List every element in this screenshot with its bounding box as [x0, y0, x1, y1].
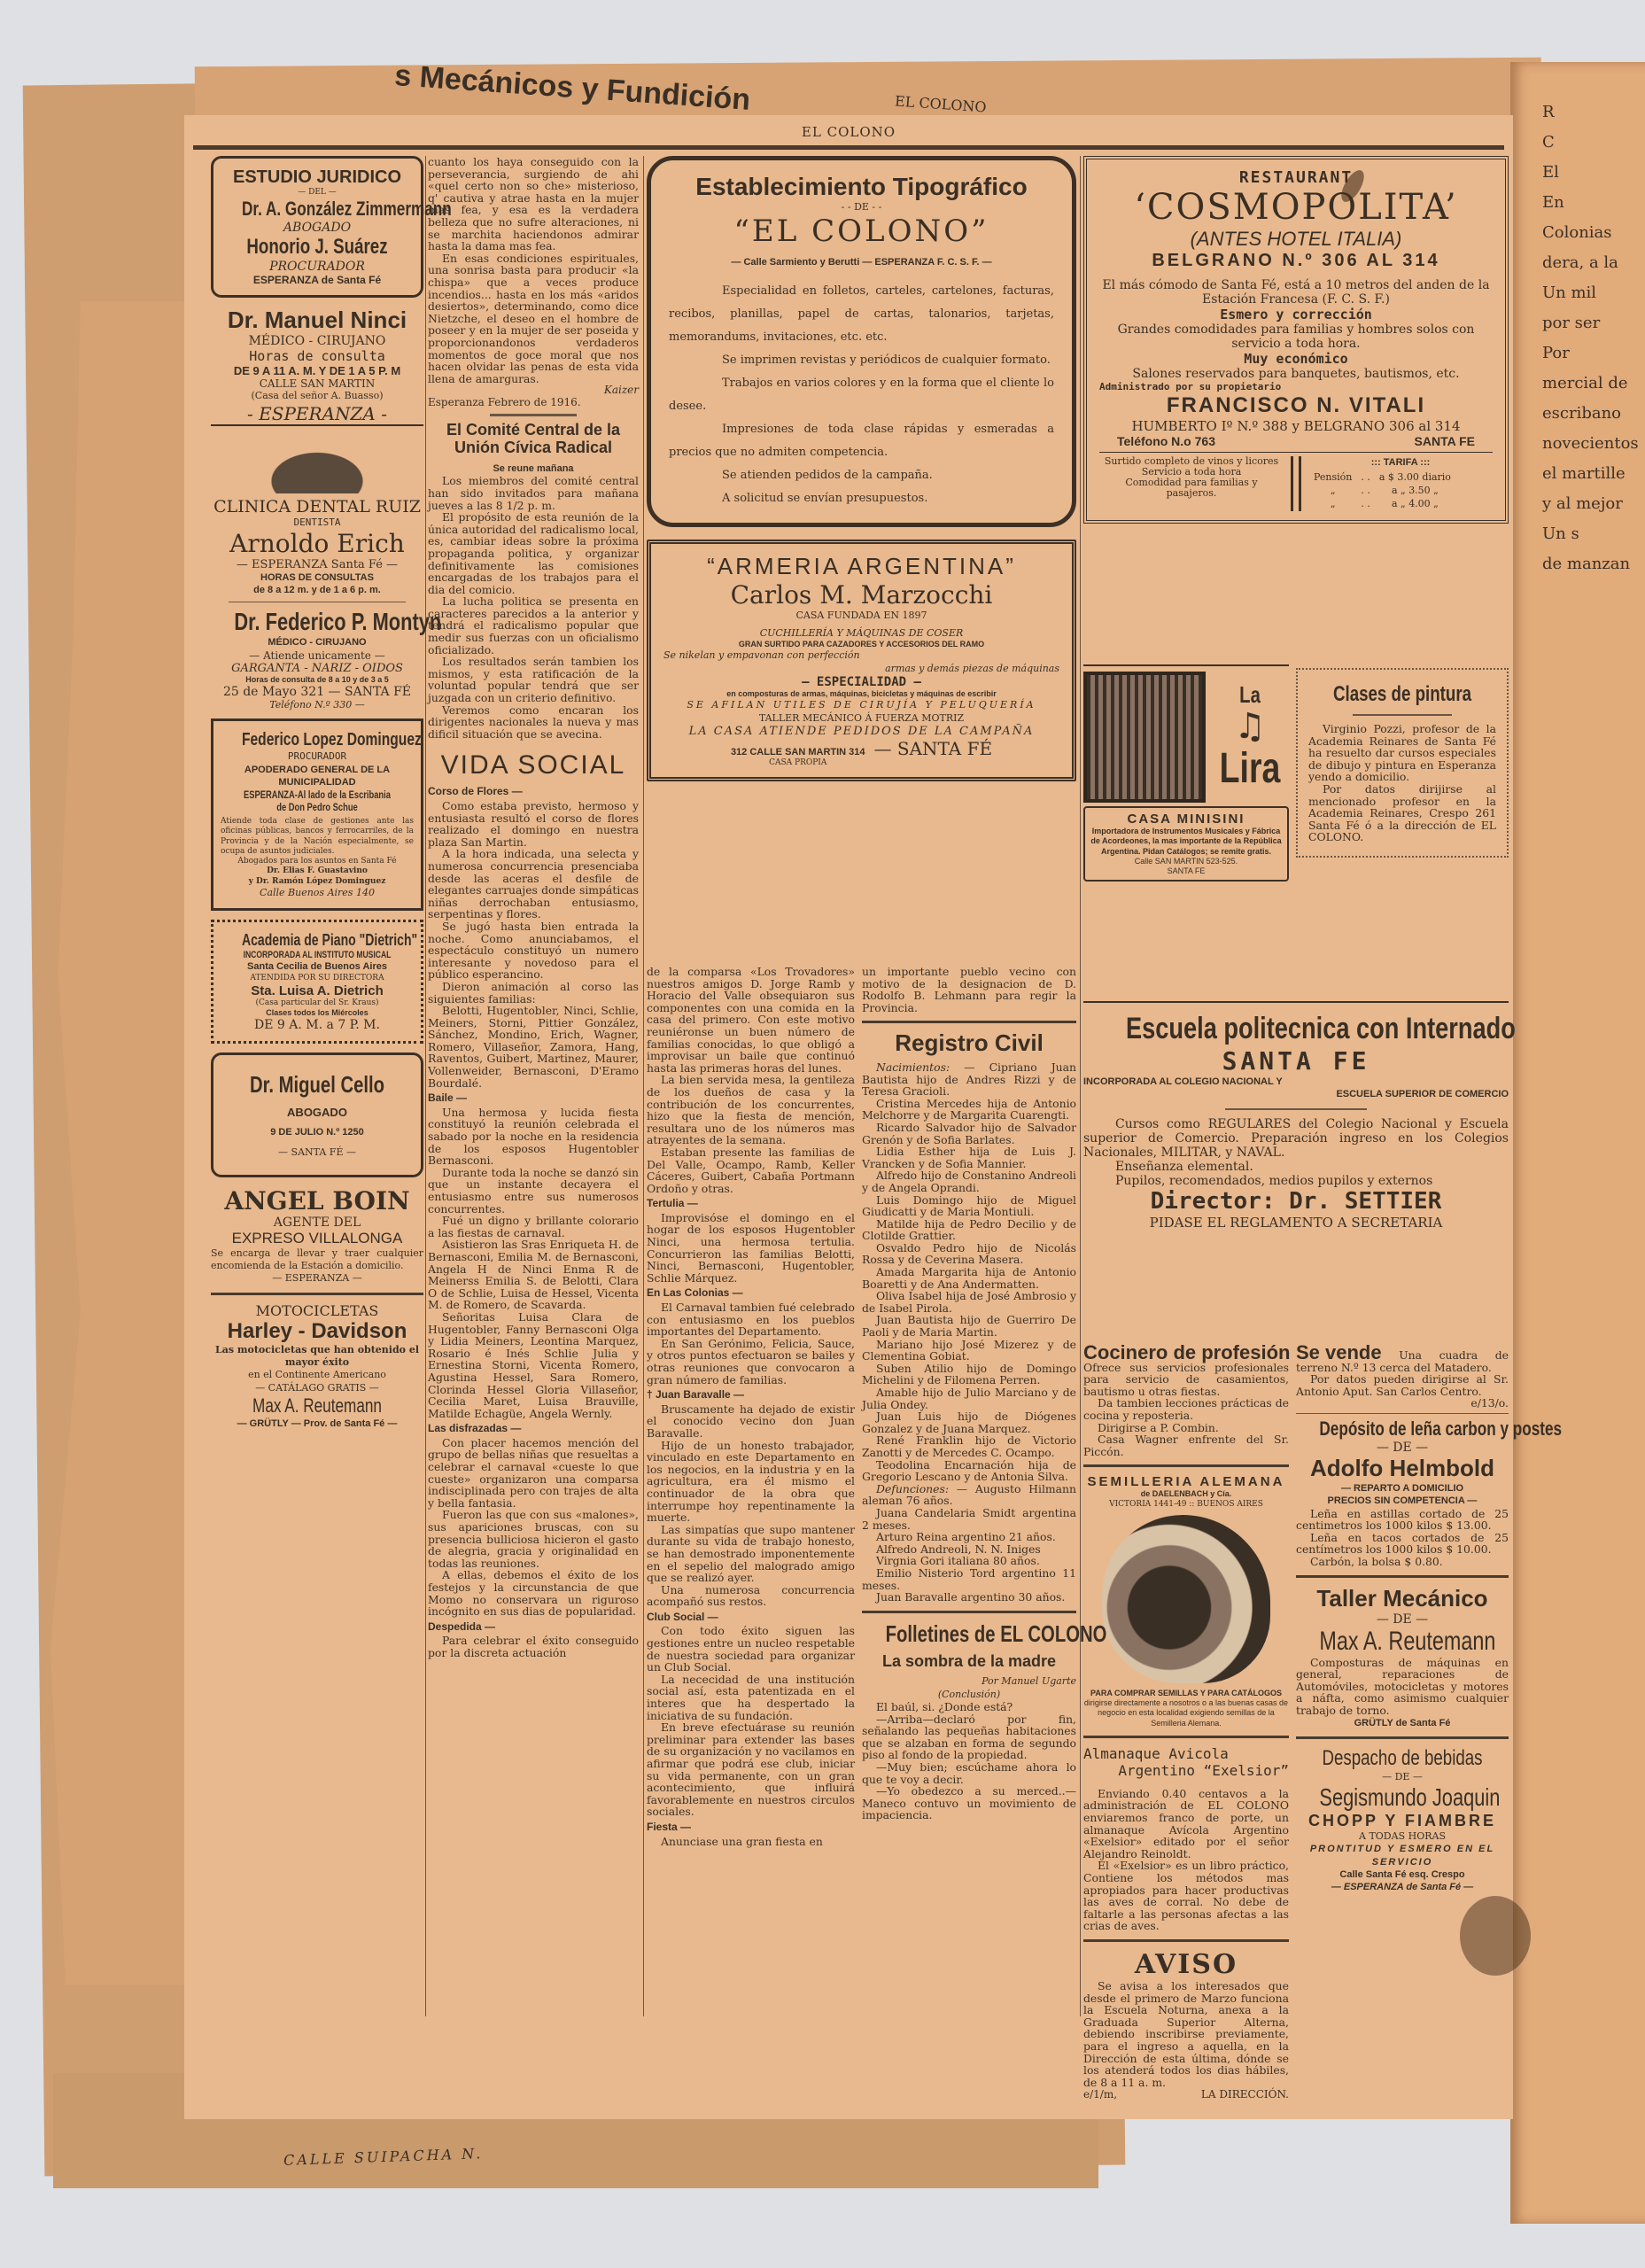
- ad-text: (ANTES HOTEL ITALIA): [1099, 228, 1493, 251]
- ad-town: — ESPERANZA —: [211, 1272, 423, 1285]
- ad-name: Dr. Elias F. Guastavino: [221, 866, 414, 876]
- ad-body: Enseñanza elemental.: [1083, 1160, 1509, 1174]
- article-paragraph: El baúl, si. ¿Donde está?: [862, 1701, 1076, 1713]
- ad-body: Virginio Pozzi, profesor de la Academia …: [1308, 723, 1496, 783]
- ad-text: A TODAS HORAS: [1296, 1830, 1509, 1843]
- article-paragraph: Las simpatías que supo mantener durante …: [647, 1524, 855, 1584]
- ad-title: Almanaque Avicola: [1083, 1745, 1289, 1762]
- article-paragraph: Especialidad en folletos, carteles, cart…: [669, 280, 1054, 349]
- ad-establecimiento-tipografico: Establecimiento Tipográfico - - DE - - “…: [647, 156, 1076, 527]
- ad-name: Lira: [1220, 744, 1281, 793]
- fragment-text: Un s: [1542, 519, 1645, 549]
- fragment-text: Colonias: [1542, 218, 1645, 248]
- column-5a: Cocinero de profesión Ofrece sus servici…: [1083, 1347, 1289, 2101]
- lyre-icon: ♫: [1211, 709, 1289, 744]
- article-paragraph: cuanto los haya conseguido con la persev…: [428, 156, 639, 252]
- ad-text: PRONTITUD Y ESMERO EN EL SERVICIO: [1296, 1843, 1509, 1868]
- article-paragraph: Los resultados serán tambien los mismos,…: [428, 656, 639, 703]
- ad-name: SEMILLERIA ALEMANA: [1083, 1474, 1289, 1489]
- article-paragraph: Fueron las que con sus «malones», sus ap…: [428, 1509, 639, 1569]
- ad-title: CLINICA DENTAL RUIZ: [211, 497, 423, 517]
- ad-text: — DE —: [1296, 1441, 1509, 1455]
- article-paragraph: Teodolina Encarnación hija de Gregorio L…: [862, 1459, 1076, 1483]
- ad-address: 9 DE JULIO N.º 1250: [221, 1126, 414, 1138]
- column-divider: [643, 156, 644, 2016]
- fragment-text: Por: [1542, 338, 1645, 369]
- section-head: Club Social —: [647, 1612, 855, 1624]
- ad-body: Composturas de máquinas en general, repa…: [1296, 1657, 1509, 1717]
- ad-body: Enviando 0.40 centavos a la administraci…: [1083, 1788, 1289, 1860]
- ad-extras: Surtido completo de vinos y licores Serv…: [1099, 456, 1284, 510]
- article-paragraph: Juan Luis hijo de Diógenes Gonzalez y de…: [862, 1410, 1076, 1434]
- article-paragraph: Amable hijo de Julio Marciano y de Julia…: [862, 1386, 1076, 1410]
- article-ucr: El Comité Central de la Unión Cívica Rad…: [428, 422, 639, 740]
- ad-name: Sta. Luisa A. Dietrich: [221, 983, 414, 998]
- ad-shop: CASA MINISINI: [1090, 812, 1282, 827]
- ad-name: Honorio J. Suárez: [242, 235, 392, 260]
- ad-cocinero: Cocinero de profesión Ofrece sus servici…: [1083, 1347, 1289, 1457]
- ad-text: Abogados para los asuntos en Santa Fé: [221, 857, 414, 866]
- ad-body: Atiende toda clase de gestiones ante las…: [221, 817, 414, 857]
- article-paragraph: —Arriba—declaró por fin, señalando las p…: [862, 1713, 1076, 1761]
- ad-role: MÉDICO - CIRUJANO: [211, 334, 423, 348]
- fragment-text: C: [1542, 128, 1645, 158]
- column-2: cuanto los haya conseguido con la persev…: [428, 156, 639, 1659]
- ad-text: armas y demás piezas de máquinas: [663, 663, 1059, 675]
- ad-text: — DEL —: [221, 188, 414, 198]
- ad-text: GARGANTA - NARIZ - OIDOS: [211, 662, 423, 675]
- ad-body: Casa Wagner enfrente del Sr. Piccón.: [1083, 1433, 1289, 1457]
- article-paragraph: Impresiones de toda clase rápidas y esme…: [669, 418, 1054, 464]
- ad-text: — ESPECIALIDAD —: [663, 675, 1059, 689]
- article-paragraph: En esas condiciones espirituales, una so…: [428, 252, 639, 385]
- article-paragraph: El Carnaval tambien fué celebrado con en…: [647, 1301, 855, 1338]
- ad-town: — ESPERANZA de Santa Fé —: [1296, 1881, 1509, 1893]
- ad-name: Carlos M. Marzocchi: [663, 580, 1059, 610]
- article-paragraph: Se imprimen revistas y periódicos de cua…: [669, 349, 1054, 372]
- ad-text: ATENDIDA POR SU DIRECTORA: [221, 974, 414, 983]
- column-1: ESTUDIO JURIDICO — DEL — Dr. A. González…: [211, 156, 423, 1430]
- ad-body: Grandes comodidades para familias y homb…: [1099, 322, 1493, 351]
- ad-address: Calle Buenos Aires 140: [221, 887, 414, 899]
- masthead: EL COLONO: [184, 124, 1513, 140]
- serial-title: La sombra de la madre: [862, 1653, 1076, 1671]
- ad-body: Da tambien lecciones prácticas de cocina…: [1083, 1397, 1289, 1421]
- ad-title: Depósito de leña carbon y postes: [1319, 1417, 1485, 1441]
- article-paragraph: Para celebrar el éxito conseguido por la…: [428, 1635, 639, 1658]
- ad-text: Horas de consulta: [211, 348, 423, 364]
- ad-body: Salones reservados para banquetes, bauti…: [1099, 367, 1493, 381]
- ad-address: BELGRANO N.º 306 AL 314: [1099, 251, 1493, 271]
- ad-cta: PARA COMPRAR SEMILLAS Y PARA CATÁLOGOS: [1083, 1689, 1289, 1698]
- ad-text: - - DE - -: [669, 201, 1054, 214]
- ad-name: ‘COSMOPOLITA’: [1099, 187, 1493, 228]
- ad-address: — Calle Sarmiento y Berutti — ESPERANZA …: [669, 256, 1054, 268]
- column-divider: [1080, 156, 1081, 2016]
- article-paragraph: Juana Candelaria Smidt argentina 2 meses…: [862, 1507, 1076, 1531]
- ad-place: GRÜTLY de Santa Fé: [1296, 1717, 1509, 1729]
- ad-text: Las motocicletas que han obtenido el may…: [211, 1344, 423, 1370]
- article-paragraph: Señoritas Luisa Clara de Hugentobler, Fa…: [428, 1311, 639, 1419]
- article-continuation: un importante pueblo vecino con motivo d…: [862, 966, 1076, 1014]
- ad-text: — CATÁLAGO GRATIS —: [211, 1382, 423, 1394]
- article-paragraph: Emilio Nisterio Tord argentino 11 meses.: [862, 1567, 1076, 1591]
- column-4: un importante pueblo vecino con motivo d…: [862, 966, 1076, 1821]
- notice-title: AVISO: [1083, 1949, 1289, 1980]
- ad-text: CHOPP Y FIAMBRE: [1296, 1812, 1509, 1830]
- article-paragraph: Se atienden pedidos de la campaña.: [669, 464, 1054, 487]
- ad-title: Establecimiento Tipográfico: [669, 173, 1054, 201]
- section-head: Tertulia —: [647, 1198, 855, 1210]
- fragment-text: y al mejor: [1542, 489, 1645, 519]
- ad-body: Cursos como REGULARES del Colegio Nacion…: [1083, 1117, 1509, 1160]
- article-paragraph: Lidia Esther hija de Luis J. Vrancken y …: [862, 1146, 1076, 1169]
- article-paragraph: La lucha politica se presenta en caracte…: [428, 595, 639, 656]
- article-paragraph: Con todo éxito siguen las gestiones entr…: [647, 1625, 855, 1673]
- ad-title: Argentino “Exelsior”: [1083, 1762, 1289, 1779]
- article-paragraph: un importante pueblo vecino con motivo d…: [862, 966, 1076, 1014]
- ad-address: Calle Santa Fé esq. Crespo: [1296, 1868, 1509, 1881]
- fragment-text: por ser: [1542, 308, 1645, 338]
- tarifa-table: Pensión. .a $ 3.00 diario„. .a „ 3.50 „„…: [1308, 470, 1456, 511]
- article-paragraph: El propósito de esta reunión de la única…: [428, 511, 639, 595]
- ad-despacho-bebidas: Despacho de bebidas — DE — Segismundo Jo…: [1296, 1746, 1509, 1894]
- article-paragraph: Arturo Reina argentino 21 años.: [862, 1531, 1076, 1543]
- article-paragraph: Fué un digno y brillante colorario a las…: [428, 1215, 639, 1239]
- notice-ref: e/1/m,: [1083, 2088, 1117, 2101]
- ad-town: - ESPERANZA -: [211, 403, 423, 426]
- ad-name: Max A. Reutemann: [234, 1394, 400, 1417]
- ad-director: Director: Dr. SETTIER: [1083, 1188, 1509, 1215]
- article-title: El Comité Central de la Unión Cívica Rad…: [428, 422, 639, 457]
- registro-civil-list: Nacimientos: — Cipriano Juan Bautista hi…: [862, 1061, 1076, 1604]
- ad-city: SANTA FE: [1415, 434, 1475, 448]
- adjacent-page: RCElEnColoniasdera, a laUn milpor serPor…: [1510, 62, 1645, 2224]
- ad-body: Por datos pueden dirigirse al Sr. Antoni…: [1296, 1373, 1509, 1397]
- notice-aviso: AVISO Se avisa a los interesados que des…: [1083, 1949, 1289, 2101]
- tarifa-row: „. .a „ 3.50 „: [1310, 485, 1455, 496]
- ad-name: Dr. Manuel Ninci: [211, 307, 423, 334]
- article-paragraph: La bien servida mesa, la gentileza de lo…: [647, 1074, 855, 1146]
- article-paragraph: Osvaldo Pedro hijo de Nicolás Rossa y de…: [862, 1242, 1076, 1266]
- ad-role: MÉDICO - CIRUJANO: [211, 636, 423, 649]
- ad-label: RESTAURANT: [1099, 168, 1493, 187]
- article-paragraph: A solicitud se envían presupuestos.: [669, 487, 1054, 510]
- ad-clases-pintura: Clases de pintura Virginio Pozzi, profes…: [1296, 664, 1509, 858]
- section-head: Corso de Flores —: [428, 786, 639, 798]
- serial-header: Folletines de EL COLONO: [886, 1620, 1053, 1648]
- ad-motto: Muy económico: [1099, 351, 1493, 367]
- ad-text: en composturas de armas, máquinas, bicic…: [663, 689, 1059, 699]
- fragment-text: R: [1542, 97, 1645, 128]
- ad-city: SANTA FE: [1083, 1046, 1509, 1076]
- article-paragraph: Cristina Mercedes hija de Antonio Melcho…: [862, 1098, 1076, 1122]
- ad-body: Se encarga de llevar y traer cualquier e…: [211, 1247, 423, 1273]
- section-head: Fiesta —: [647, 1821, 855, 1834]
- ad-text: EXPRESO VILLALONGA: [211, 1230, 423, 1247]
- ad-la-lira: La ♫ Lira CASA MINISINI Importadora de I…: [1083, 664, 1289, 890]
- ad-body: Por datos dirijirse al mencionado profes…: [1308, 783, 1496, 843]
- price-line: Leña en astillas cortado de 25 centimetr…: [1296, 1508, 1509, 1532]
- ad-armeria-argentina: “ARMERIA ARGENTINA” Carlos M. Marzocchi …: [647, 540, 1076, 782]
- notice-signature: LA DIRECCIÓN.: [1201, 2088, 1289, 2101]
- ad-address: (Casa particular del Sr. Kraus): [221, 998, 414, 1008]
- ad-place: — ESPERANZA Santa Fé —: [211, 558, 423, 571]
- ad-text: CUCHILLERÍA Y MÁQUINAS DE COSER: [663, 627, 1059, 640]
- ad-text: — REPARTO A DOMICILIO: [1296, 1482, 1509, 1495]
- ad-text: La: [1220, 681, 1281, 709]
- ad-text: en el Continente Americano: [211, 1369, 423, 1381]
- ad-estudio-juridico: ESTUDIO JURIDICO — DEL — Dr. A. González…: [211, 156, 423, 298]
- article-paragraph: Alfredo Andreoli, N. N. Iniges: [862, 1543, 1076, 1556]
- article-paragraph: En breve efectuárase su reunión prelimin…: [647, 1721, 855, 1818]
- teeth-illustration: [237, 431, 397, 493]
- article-title: Registro Civil: [862, 1030, 1076, 1056]
- article-body: Los miembros del comité central han sido…: [428, 475, 639, 740]
- ad-text: — Atiende unicamente —: [211, 649, 423, 662]
- ad-name: Max A. Reutemann: [1319, 1627, 1485, 1657]
- ad-address: Calle SAN MARTIN 523-525.: [1090, 857, 1282, 866]
- fragment-text: novecientos: [1542, 429, 1645, 459]
- article-vida-social: VIDA SOCIAL Corso de Flores —Como estaba…: [428, 750, 639, 1658]
- article-body: Corso de Flores —Como estaba previsto, h…: [428, 786, 639, 1658]
- ad-taller-mecanico: Taller Mecánico — DE — Max A. Reutemann …: [1296, 1585, 1509, 1729]
- ad-text: HORAS DE CONSULTAS: [211, 571, 423, 584]
- ad-hours: Horas de consulta de 8 a 10 y de 3 a 5: [211, 675, 423, 685]
- ad-address: ESPERANZA-Al lado de la Escribania de Do…: [242, 788, 392, 813]
- pansy-illustration: [1102, 1515, 1270, 1683]
- ad-body: Ofrece sus servicios profesionales para …: [1083, 1361, 1289, 1398]
- ad-text: TALLER MECÁNICO Á FUERZA MOTRIZ: [663, 712, 1059, 725]
- article-paragraph: —Muy bien; escúchame ahora lo que te voy…: [862, 1761, 1076, 1785]
- article-signature: Kaizer: [428, 384, 639, 397]
- water-stain: [1460, 1896, 1531, 1976]
- fragment-text: Un mil: [1542, 278, 1645, 308]
- article-paragraph: Estaban presente las familias de Del Val…: [647, 1146, 855, 1194]
- article-paragraph: Dieron animación al corso las siguientes…: [428, 981, 639, 1005]
- column-5: RESTAURANT ‘COSMOPOLITA’ (ANTES HOTEL IT…: [1083, 156, 1509, 532]
- ad-text: INCORPORADA AL INSTITUTO MUSICAL: [242, 950, 392, 960]
- article-paragraph: En San Gerónimo, Felicia, Sauce, y otros…: [647, 1338, 855, 1386]
- ad-text: GRAN SURTIDO PARA CAZADORES Y ACCESORIOS…: [663, 640, 1059, 649]
- ad-name: Dr. A. González Zimmermann: [242, 198, 392, 221]
- ad-text: LA CASA ATIENDE PEDIDOS DE LA CAMPAÑA: [663, 725, 1059, 738]
- article-paragraph: Virgnia Gori italiana 80 años.: [862, 1555, 1076, 1567]
- article-continuation: cuanto los haya conseguido con la persev…: [428, 156, 639, 408]
- ad-name: “EL COLONO”: [669, 214, 1054, 249]
- article-paragraph: Luis Domingo hijo de Miguel Giudicatti y…: [862, 1194, 1076, 1218]
- article-paragraph: René Franklin hijo de Victorio Zanotti y…: [862, 1434, 1076, 1458]
- ad-helmbold: Depósito de leña carbon y postes — DE — …: [1296, 1417, 1509, 1568]
- ad-title: Se vende: [1296, 1347, 1382, 1359]
- article-paragraph: Una numerosa concurrencia acompañó sus r…: [647, 1584, 855, 1608]
- ad-text: Se nikelan y empavonan con perfección: [663, 649, 1059, 662]
- ad-text: INCORPORADA AL COLEGIO NACIONAL Y: [1083, 1076, 1509, 1088]
- article-paragraph: —Yo obedezco a su merced..— Maneco contu…: [862, 1785, 1076, 1821]
- article-paragraph: Juan Baravalle argentino 30 años.: [862, 1591, 1076, 1604]
- article-paragraph: Bruscamente ha dejado de existir el cono…: [647, 1403, 855, 1440]
- ad-body: Importadora de Instrumentos Musicales y …: [1090, 827, 1282, 857]
- ad-title: Clases de pintura: [1329, 682, 1475, 707]
- ad-place: ESPERANZA de Santa Fé: [221, 274, 414, 286]
- ad-restaurant-cosmopolita: RESTAURANT ‘COSMOPOLITA’ (ANTES HOTEL IT…: [1083, 156, 1509, 524]
- top-rule: [193, 145, 1504, 150]
- article-paragraph: Se jugó hasta bien entrada la noche. Com…: [428, 920, 639, 981]
- ad-name: Arnoldo Erich: [211, 529, 423, 558]
- ad-name: Academia de Piano "Dietrich": [242, 931, 392, 950]
- columns-3-4-ads: Establecimiento Tipográfico - - DE - - “…: [647, 156, 1076, 790]
- ad-ref: e/13/o.: [1296, 1397, 1509, 1410]
- fragment-text: dera, a la: [1542, 248, 1645, 278]
- adjacent-page-fragments: RCElEnColoniasdera, a laUn milpor serPor…: [1510, 62, 1645, 579]
- ad-text: — DE —: [1296, 1612, 1509, 1627]
- ad-role: PROCURADOR: [221, 260, 414, 274]
- tarifa-row: Pensión. .a $ 3.00 diario: [1310, 471, 1455, 483]
- article-paragraph: A la hora indicada, una selecta y numero…: [428, 848, 639, 920]
- fragment-text: de manzan: [1542, 549, 1645, 579]
- ad-brand: Harley - Davidson: [211, 1319, 423, 1344]
- ad-name: Federico Lopez Dominguez: [242, 730, 392, 750]
- accordion-illustration: [1083, 672, 1206, 803]
- article-paragraph: Asistieron las Sras Enriqueta H. de Bern…: [428, 1239, 639, 1311]
- article-paragraph: Los miembros del comité central han sido…: [428, 475, 639, 511]
- ad-lopez-dominguez: Federico Lopez Dominguez PROCURADOR APOD…: [211, 718, 423, 911]
- ad-phone: Teléfono N.º 330 —: [211, 699, 423, 711]
- article-paragraph: Como estaba previsto, hermoso y entusias…: [428, 800, 639, 848]
- fragment-text: el martille: [1542, 459, 1645, 489]
- ad-city: — SANTA FÉ: [874, 738, 993, 759]
- ad-academia-piano: Academia de Piano "Dietrich" INCORPORADA…: [211, 920, 423, 1044]
- ad-text: PRECIOS SIN COMPETENCIA —: [1296, 1495, 1509, 1507]
- fragment-text: El: [1542, 158, 1645, 188]
- ad-address: CALLE SAN MARTIN: [211, 377, 423, 390]
- ad-harley-davidson: MOTOCICLETAS Harley - Davidson Las motoc…: [211, 1302, 423, 1430]
- ad-body: dirigirse directamente a nosotros o a la…: [1083, 1698, 1289, 1728]
- section-head: En Las Colonias —: [647, 1287, 855, 1300]
- ad-hours: de 8 a 12 m. y de 1 a 6 p. m.: [211, 584, 423, 596]
- article-paragraph: Hijo de un honesto trabajador, vinculado…: [647, 1440, 855, 1524]
- ad-se-vende: Se vende Una cuadra de terreno N.º 13 ce…: [1296, 1347, 1509, 1410]
- article-paragraph: Suben Atilio hijo de Domingo Michelini y…: [862, 1363, 1076, 1386]
- ad-hours: DE 9 A 11 A. M. Y DE 1 A 5 P. M: [211, 364, 423, 377]
- ad-text: — DE —: [1296, 1771, 1509, 1783]
- article-paragraph: Improvisóse el domingo en el hogar de lo…: [647, 1212, 855, 1285]
- ad-body: Pupilos, recomendados, medios pupilos y …: [1083, 1174, 1509, 1188]
- ad-title: Despacho de bebidas: [1319, 1746, 1485, 1771]
- ad-name: Adolfo Helmbold: [1296, 1455, 1509, 1482]
- ad-escuela-politecnica: Escuela politecnica con Internado SANTA …: [1083, 1001, 1509, 1231]
- newspaper-page: EL COLONO ESTUDIO JURIDICO — DEL — Dr. A…: [184, 115, 1513, 2119]
- article-paragraph: Defunciones: — Augusto Hilmann aleman 76…: [862, 1483, 1076, 1507]
- ad-role: ABOGADO: [221, 1106, 414, 1119]
- ad-motto: Esmero y corrección: [1099, 307, 1493, 322]
- ad-text: CASA FUNDADA EN 1897: [663, 610, 1059, 622]
- fragment-text: mercial de: [1542, 369, 1645, 399]
- ad-montyn: Dr. Federico P. Montyn MÉDICO - CIRUJANO…: [211, 608, 423, 711]
- article-paragraph: Matilde hija de Pedro Decilio y de Cloti…: [862, 1218, 1076, 1242]
- section-head: Las disfrazadas —: [428, 1423, 639, 1435]
- column-3: de la comparsa «Los Trovadores» nuestros…: [647, 966, 855, 1847]
- ad-role: AGENTE DEL: [211, 1216, 423, 1230]
- ad-name: Dr. Miguel Cello: [242, 1071, 392, 1099]
- serial-author: Por Manuel Ugarte: [862, 1675, 1076, 1688]
- article-paragraph: de la comparsa «Los Trovadores» nuestros…: [647, 966, 855, 1074]
- ad-cello: Dr. Miguel Cello ABOGADO 9 DE JULIO N.º …: [211, 1052, 423, 1177]
- ad-text: Administrado por su propietario: [1099, 381, 1493, 393]
- price-line: Leña en tacos cortados de 25 centímetros…: [1296, 1532, 1509, 1556]
- ad-title: ESTUDIO JURIDICO: [221, 167, 414, 188]
- ad-title: Taller Mecánico: [1296, 1585, 1509, 1612]
- article-paragraph: Alfredo hijo de Constanino Andreoli y de…: [862, 1169, 1076, 1193]
- ad-almanaque: Almanaque Avicola Argentino “Exelsior” E…: [1083, 1745, 1289, 1932]
- price-line: Carbón, la bolsa $ 0.80.: [1296, 1556, 1509, 1568]
- ad-address: 312 CALLE SAN MARTIN 314: [731, 746, 865, 758]
- ad-body: Dirigirse a P. Combin.: [1083, 1422, 1289, 1434]
- ad-name: Segismundo Joaquin: [1319, 1783, 1485, 1812]
- fragment-text: escribano: [1542, 399, 1645, 429]
- article-paragraph: Amada Margarita hija de Antonio Boaretti…: [862, 1266, 1076, 1290]
- ad-dental: CLINICA DENTAL RUIZ DENTISTA Arnoldo Eri…: [211, 431, 423, 597]
- ad-city: — SANTA FÉ —: [221, 1146, 414, 1159]
- ad-title: Escuela politecnica con Internado: [1126, 1012, 1466, 1046]
- article-paragraph: Trabajos en varios colores y en la forma…: [669, 372, 1054, 418]
- serial-body: El baúl, si. ¿Donde está?—Arriba—declaró…: [862, 1701, 1076, 1821]
- ad-body: El más cómodo de Santa Fé, está a 10 met…: [1099, 278, 1493, 307]
- article-paragraph: Nacimientos: — Cipriano Juan Bautista hi…: [862, 1061, 1076, 1098]
- ad-phone: Teléfono N.o 763: [1117, 434, 1215, 448]
- ad-owner: FRANCISCO N. VITALI: [1099, 393, 1493, 418]
- ad-title: MOTOCICLETAS: [211, 1302, 423, 1319]
- article-paragraph: Mariano hijo José Mizerez y de Clementin…: [862, 1339, 1076, 1363]
- ad-city: SANTA FE: [1090, 866, 1282, 876]
- article-paragraph: A ellas, debemos el éxito de los festejo…: [428, 1569, 639, 1617]
- ad-address: (Casa del señor A. Buasso): [211, 390, 423, 402]
- article-paragraph: Con placer hacemos mención del grupo de …: [428, 1437, 639, 1510]
- ad-role: ABOGADO: [221, 221, 414, 235]
- ad-address: VICTORIA 1441-49 :: BUENOS AIRES: [1083, 1500, 1289, 1510]
- section-head: Baile —: [428, 1092, 639, 1105]
- ad-name: y Dr. Ramón López Dominguez: [221, 877, 414, 887]
- serial-note: (Conclusión): [862, 1689, 1076, 1701]
- ad-text: APODERADO GENERAL DE LA MUNICIPALIDAD: [221, 764, 414, 789]
- article-paragraph: Oliva Isabel hija de José Ambrosio y de …: [862, 1290, 1076, 1314]
- ad-role: PROCURADOR: [221, 750, 414, 763]
- ad-title: Cocinero de profesión: [1083, 1347, 1290, 1359]
- notice-body: Se avisa a los interesados que desde el …: [1083, 1980, 1289, 2088]
- article-paragraph: Una hermosa y lucida fiesta constituyó l…: [428, 1107, 639, 1167]
- ad-text: ESCUELA SUPERIOR DE COMERCIO: [1083, 1088, 1509, 1100]
- article-subtitle: Se reune mañana: [428, 462, 639, 475]
- article-paragraph: Ricardo Salvador hijo de Salvador Grenón…: [862, 1122, 1076, 1146]
- ad-body: El «Exelsior» es un libro práctico, Cont…: [1083, 1860, 1289, 1932]
- section-title: VIDA SOCIAL: [428, 750, 639, 781]
- ad-text: CASA PROPIA: [731, 758, 865, 768]
- article-paragraph: Durante toda la noche se danzó sin que u…: [428, 1167, 639, 1215]
- fragment-text: En: [1542, 188, 1645, 218]
- ad-semilleria-alemana: SEMILLERIA ALEMANA de DAELENBACH y Cía. …: [1083, 1474, 1289, 1728]
- section-head: Despedida —: [428, 1621, 639, 1634]
- section-head: † Juan Baravalle —: [647, 1389, 855, 1402]
- article-paragraph: La nececidad de una institución social a…: [647, 1674, 855, 1721]
- ad-ninci: Dr. Manuel Ninci MÉDICO - CIRUJANO Horas…: [211, 307, 423, 425]
- article-paragraph: Anunciase una gran fiesta en: [647, 1836, 855, 1848]
- ad-address: 25 de Mayo 321 — SANTA FÉ: [211, 685, 423, 699]
- article-paragraph: Juan Bautista hijo de Guerriro De Paoli …: [862, 1314, 1076, 1338]
- ad-text: Santa Cecilia de Buenos Aires: [221, 960, 414, 973]
- ad-role: DENTISTA: [211, 517, 423, 529]
- ad-text: Clases todos los Miércoles: [221, 1008, 414, 1018]
- tarifa-label: ::: TARIFA :::: [1308, 456, 1493, 469]
